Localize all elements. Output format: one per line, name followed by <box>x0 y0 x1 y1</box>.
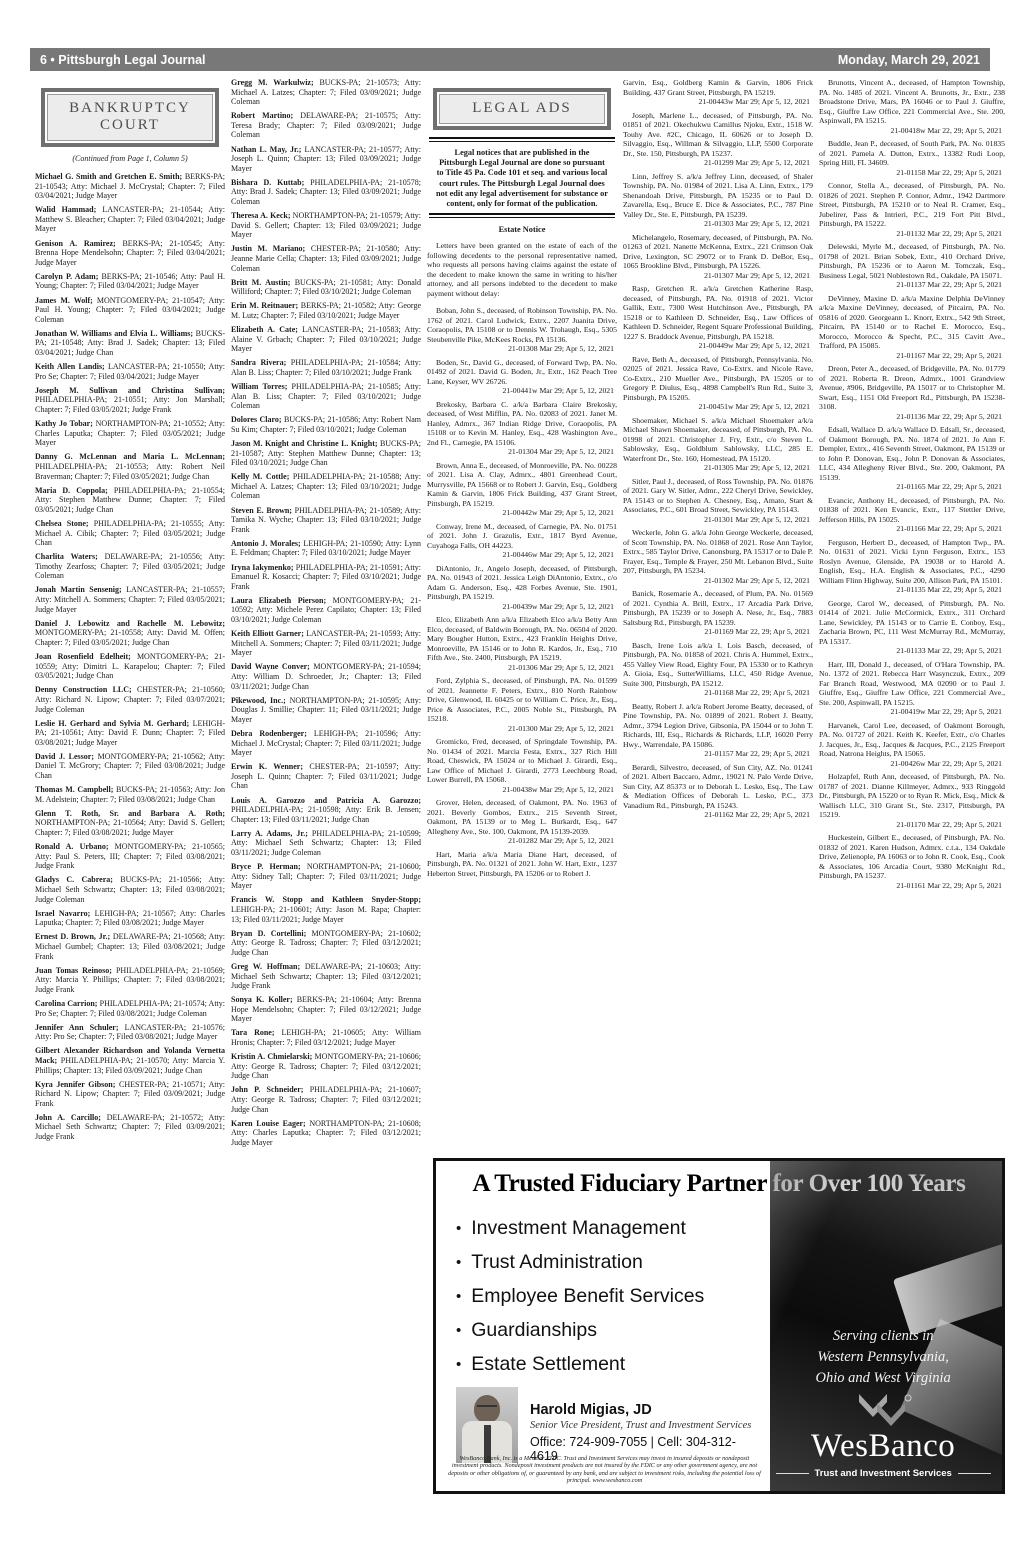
tagline-rule <box>776 1473 809 1474</box>
bullet-dot-icon: • <box>456 1357 461 1372</box>
estate-entry-text: DeVinney, Maxine D. a/k/a Maxine Delphia… <box>819 294 1005 351</box>
estate-entry: Sitler, Paul J., deceased, of Ross Towns… <box>623 477 813 525</box>
bankruptcy-entry: Glenn T. Roth, Sr. and Barbara A. Roth; … <box>35 809 225 838</box>
ad-service-item: •Guardianships <box>456 1319 760 1342</box>
estate-entry: Brunotts, Vincent A., deceased, of Hampt… <box>819 78 1005 136</box>
bankruptcy-entry: Jason M. Knight and Christine L. Knight;… <box>231 439 421 468</box>
estate-entry-text: Holzapfel, Ruth Ann, deceased, of Pittsb… <box>819 772 1005 820</box>
estate-entry-citation: 21-00419w Mar 22, 29; Apr 5, 2021 <box>819 707 1005 717</box>
estate-entry-text: Conway, Irene M., deceased, of Carnegie,… <box>427 522 617 551</box>
bankruptcy-entry: Israel Navarro; LEHIGH-PA; 21-10567; Att… <box>35 909 225 928</box>
bankruptcy-entry: James M. Wolf; MONTGOMERY-PA; 21-10547; … <box>35 296 225 325</box>
estate-entry-text: Michelangelo, Rosemary, deceased, of Pit… <box>623 233 813 271</box>
bullet-dot-icon: • <box>456 1323 461 1338</box>
estate-entry-citation: 21-00446w Mar 29; Apr 5, 12, 2021 <box>427 550 617 560</box>
estate-entry: Ford, Zylphia S., deceased, of Pittsburg… <box>427 676 617 734</box>
bankruptcy-entry: Dolores Claro; BUCKS-PA; 21-10586; Atty:… <box>231 415 421 434</box>
estate-entry-text: Banick, Rosemarie A., deceased, of Plum,… <box>623 589 813 627</box>
estate-entry-citation: 21-01301 Mar 29; Apr 5, 12, 2021 <box>623 515 813 525</box>
legal-ads-title: LEGAL ADS <box>439 94 605 124</box>
wesbanco-advertisement: A Trusted Fiduciary Partner for Over 100… <box>433 1158 1005 1494</box>
bankruptcy-entry: Charlita Waters; DELAWARE-PA; 21-10556; … <box>35 552 225 581</box>
bankruptcy-entry: Gladys C. Cabrera; BUCKS-PA; 21-10566; A… <box>35 875 225 904</box>
bankruptcy-entry: Bryan D. Cortellini; MONTGOMERY-PA; 21-1… <box>231 929 421 958</box>
estate-entry: Rave, Beth A., deceased, of Pittsburgh, … <box>623 355 813 413</box>
estate-entry: Harvanek, Carol Lee, deceased, of Oakmon… <box>819 721 1005 769</box>
bankruptcy-entry: Tara Rone; LEHIGH-PA; 21-10605; Atty: Wi… <box>231 1028 421 1047</box>
estate-entry-citation: 21-01299 Mar 29; Apr 5, 12, 2021 <box>623 158 813 168</box>
estate-entry: Evancic, Anthony H., deceased, of Pittsb… <box>819 496 1005 535</box>
bankruptcy-entry: Ronald A. Urbano; MONTGOMERY-PA; 21-1056… <box>35 842 225 871</box>
bankruptcy-entry: Kristin A. Chmielarski; MONTGOMERY-PA; 2… <box>231 1052 421 1081</box>
estate-entry: Garvin, Esq., Goldberg Kamin & Garvin, 1… <box>623 78 813 107</box>
estate-entry-citation: 21-00451w Mar 29; Apr 5, 12, 2021 <box>623 402 813 412</box>
estate-entry-text: Brekosky, Barbara C. a/k/a Barbara Clair… <box>427 400 617 448</box>
double-rule <box>429 137 615 142</box>
estate-entry-citation: 21-01305 Mar 29; Apr 5, 12, 2021 <box>623 463 813 473</box>
ad-service-item: •Employee Benefit Services <box>456 1285 760 1308</box>
estate-entry: Buddle, Jean P., deceased, of South Park… <box>819 139 1005 178</box>
estate-entry-text: Harvanek, Carol Lee, deceased, of Oakmon… <box>819 721 1005 759</box>
bankruptcy-entry: Robert Martino; DELAWARE-PA; 21-10575; A… <box>231 111 421 140</box>
bankruptcy-entry: Denny Construction LLC; CHESTER-PA; 21-1… <box>35 685 225 714</box>
estate-entry: Holzapfel, Ruth Ann, deceased, of Pittsb… <box>819 772 1005 830</box>
bankruptcy-entry: Louis A. Garozzo and Patricia A. Garozzo… <box>231 796 421 825</box>
estate-entry-citation: 21-01170 Mar 22, 29; Apr 5, 2021 <box>819 820 1005 830</box>
double-rule <box>429 213 615 218</box>
estate-entry-text: Delewski, Myrle M., deceased, of Pittsbu… <box>819 242 1005 280</box>
estate-entry: Weckerle, John G. a/k/a John George Weck… <box>623 528 813 586</box>
estate-entry: Grover, Helen, deceased, of Oakmont, PA.… <box>427 798 617 846</box>
bankruptcy-entry: Bishara D. Kuttab; PHILADELPHIA-PA; 21-1… <box>231 178 421 207</box>
estate-entry: Rasp, Gretchen R. a/k/a Gretchen Katheri… <box>623 284 813 351</box>
ad-services-list: •Investment Management•Trust Administrat… <box>456 1217 760 1376</box>
estate-entry-text: Hart, Maria a/k/a Maria Diane Hart, dece… <box>427 850 617 879</box>
photo-highlight <box>892 1230 1005 1337</box>
bankruptcy-court-header-box: BANKRUPTCY COURT <box>41 88 219 147</box>
bankruptcy-entry: Britt M. Austin; BUCKS-PA; 21-10581; Att… <box>231 278 421 297</box>
bankruptcy-entry: Keith Allen Landis; LANCASTER-PA; 21-105… <box>35 362 225 381</box>
estate-notice-heading: Estate Notice <box>427 225 617 234</box>
bankruptcy-entry: Sandra Rivera; PHILADELPHIA-PA; 21-10584… <box>231 358 421 377</box>
bankruptcy-entry: Gilbert Alexander Richardson and Yolanda… <box>35 1046 225 1075</box>
tagline-rule <box>958 1473 991 1474</box>
estate-entry-citation: 21-01132 Mar 22, 29; Apr 5, 2021 <box>819 229 1005 239</box>
estate-entry-citation: 21-01137 Mar 22, 29; Apr 5, 2021 <box>819 280 1005 290</box>
bankruptcy-entry: David Wayne Conver; MONTGOMERY-PA; 21-10… <box>231 662 421 691</box>
estate-entry: Banick, Rosemarie A., deceased, of Plum,… <box>623 589 813 637</box>
estate-entry: DeVinney, Maxine D. a/k/a Maxine Delphia… <box>819 294 1005 361</box>
bankruptcy-entry: Walid Hammad; LANCASTER-PA; 21-10544; At… <box>35 205 225 234</box>
column-5-estates: Brunotts, Vincent A., deceased, of Hampt… <box>819 78 1005 1152</box>
estate-entry-text: Dreon, Peter A., deceased, of Bridgevill… <box>819 364 1005 412</box>
ad-service-item: •Investment Management <box>456 1217 760 1240</box>
estate-entry-text: Rave, Beth A., deceased, of Pittsburgh, … <box>623 355 813 403</box>
estate-entry-text: DiAntonio, Jr., Angelo Joseph, deceased,… <box>427 564 617 602</box>
estate-entry-text: Sitler, Paul J., deceased, of Ross Towns… <box>623 477 813 515</box>
estate-notice-intro: Letters have been granted on the estate … <box>427 241 617 298</box>
contact-title: Senior Vice President, Trust and Investm… <box>530 1420 760 1431</box>
bankruptcy-entry: Kathy Jo Tobar; NORTHAMPTON-PA; 21-10552… <box>35 419 225 448</box>
estate-entry-text: Gromicko, Fred, deceased, of Springdale … <box>427 737 617 785</box>
legal-notice-statement: Legal notices that are published in the … <box>435 148 609 209</box>
bankruptcy-entry: Daniel J. Lebowitz and Rachelle M. Lebow… <box>35 619 225 648</box>
estate-entry-citation: 21-01308 Mar 29; Apr 5, 12, 2021 <box>427 344 617 354</box>
estate-entry: Shoemaker, Michael S. a/k/a Michael Shoe… <box>623 416 813 474</box>
estate-entry-citation: 21-01306 Mar 29; Apr 5, 12, 2021 <box>427 663 617 673</box>
bankruptcy-entry: Danny G. McLennan and Maria L. McLennan;… <box>35 452 225 481</box>
estate-entry: Ferguson, Herbert D., deceased, of Hampt… <box>819 538 1005 596</box>
bankruptcy-entry: Bryce P. Herman; NORTHAMPTON-PA; 21-1060… <box>231 862 421 891</box>
bankruptcy-entry: David J. Lessor; MONTGOMERY-PA; 21-10562… <box>35 752 225 781</box>
bankruptcy-entry: Maria D. Coppola; PHILADELPHIA-PA; 21-10… <box>35 486 225 515</box>
estate-entry-citation: 21-01303 Mar 29; Apr 5, 12, 2021 <box>623 219 813 229</box>
ad-disclaimer: WesBanco Bank, Inc. is a Member FDIC. Tr… <box>446 1455 763 1485</box>
column-1-bankruptcy: BANKRUPTCY COURT (Continued from Page 1,… <box>35 88 225 1500</box>
estate-entry-citation: 21-01168 Mar 22, 29; Apr 5, 2021 <box>623 688 813 698</box>
bankruptcy-entry: William Torres; PHILADELPHIA-PA; 21-1058… <box>231 382 421 411</box>
ad-serving-text: Serving clients in Western Pennsylvania,… <box>776 1326 991 1389</box>
estate-entry-citation: 21-01167 Mar 22, 29; Apr 5, 2021 <box>819 351 1005 361</box>
estate-entry-citation: 21-00438w Mar 29; Apr 5, 12, 2021 <box>427 785 617 795</box>
ad-headline: A Trusted Fiduciary Partner for Over 100… <box>436 1170 1002 1198</box>
estate-entry-text: Rasp, Gretchen R. a/k/a Gretchen Katheri… <box>623 284 813 341</box>
estate-entry-citation: 21-00426w Mar 22, 29; Apr 5, 2021 <box>819 759 1005 769</box>
bankruptcy-entry: John P. Schneider; PHILADELPHIA-PA; 21-1… <box>231 1085 421 1114</box>
bankruptcy-entry: Leslie H. Gerhard and Sylvia M. Gerhard;… <box>35 719 225 748</box>
wesbanco-wordmark: WesBanco <box>776 1430 991 1463</box>
estate-list-col5: Brunotts, Vincent A., deceased, of Hampt… <box>819 78 1005 891</box>
masthead-bar: 6 • Pittsburgh Legal Journal Monday, Mar… <box>30 48 990 71</box>
estate-entry-text: Buddle, Jean P., deceased, of South Park… <box>819 139 1005 168</box>
estate-entry-text: Ferguson, Herbert D., deceased, of Hampt… <box>819 538 1005 586</box>
estate-entry: Harr, III, Donald J., deceased, of O'Har… <box>819 660 1005 718</box>
bankruptcy-entry: Carolina Carrion; PHILADELPHIA-PA; 21-10… <box>35 999 225 1018</box>
legal-ads-header-box: LEGAL ADS <box>433 88 611 130</box>
estate-entry-citation: 21-01307 Mar 29; Apr 5, 12, 2021 <box>623 271 813 281</box>
bankruptcy-court-title: BANKRUPTCY COURT <box>47 94 213 141</box>
bankruptcy-entry: Steven E. Brown; PHILADELPHIA-PA; 21-105… <box>231 506 421 535</box>
newspaper-page: 6 • Pittsburgh Legal Journal Monday, Mar… <box>0 0 1020 1541</box>
estate-entry-text: Beatty, Robert J. a/k/a Robert Jerome Be… <box>623 702 813 750</box>
bullet-dot-icon: • <box>456 1255 461 1270</box>
estate-entry-citation: 21-00439w Mar 29; Apr 5, 12, 2021 <box>427 602 617 612</box>
wesbanco-logo-icon <box>851 1394 915 1428</box>
estate-entry-citation: 21-00442w Mar 29; Apr 5, 12, 2021 <box>427 508 617 518</box>
bankruptcy-entry: Iryna Iakymenko; PHILADELPHIA-PA; 21-105… <box>231 563 421 592</box>
estate-entry-citation: 21-01157 Mar 22, 29; Apr 5, 2021 <box>623 749 813 759</box>
wesbanco-tagline: Trust and Investment Services <box>776 1468 991 1479</box>
estate-entry-citation: 21-01302 Mar 29; Apr 5, 12, 2021 <box>623 576 813 586</box>
estate-list-col3: Boban, John S., deceased, of Robinson To… <box>427 306 617 878</box>
estate-entry-citation: 21-01135 Mar 22, 29; Apr 5, 2021 <box>819 585 1005 595</box>
estate-entry-text: Brunotts, Vincent A., deceased, of Hampt… <box>819 78 1005 126</box>
continued-from-note: (Continued from Page 1, Column 5) <box>35 154 225 163</box>
bankruptcy-entry: Kyra Jennifer Gibson; CHESTER-PA; 21-105… <box>35 1080 225 1109</box>
estate-entry-citation: 21-01169 Mar 22, 29; Apr 5, 2021 <box>623 627 813 637</box>
estate-entry-citation: 21-01166 Mar 22, 29; Apr 5, 2021 <box>819 524 1005 534</box>
estate-entry: Boban, John S., deceased, of Robinson To… <box>427 306 617 354</box>
bankruptcy-entry: Michael G. Smith and Gretchen E. Smith; … <box>35 172 225 201</box>
estate-entry-text: George, Carol W., deceased, of Pittsburg… <box>819 599 1005 647</box>
estate-entry-text: Huckestein, Gilbert E., deceased, of Pit… <box>819 833 1005 881</box>
bankruptcy-entry: Theresa A. Keck; NORTHAMPTON-PA; 21-1057… <box>231 211 421 240</box>
bullet-dot-icon: • <box>456 1221 461 1236</box>
contact-name: Harold Migias, JD <box>530 1402 760 1418</box>
estate-entry-citation: 21-00418w Mar 22, 29; Apr 5, 2021 <box>819 126 1005 136</box>
estate-entry-text: Grover, Helen, deceased, of Oakmont, PA.… <box>427 798 617 836</box>
estate-entry: George, Carol W., deceased, of Pittsburg… <box>819 599 1005 657</box>
estate-entry-citation: 21-00441w Mar 29; Apr 5, 12, 2021 <box>427 386 617 396</box>
bankruptcy-entry: Jonah Martin Sensenig; LANCASTER-PA; 21-… <box>35 585 225 614</box>
estate-entry-citation: 21-01161 Mar 22, 29; Apr 5, 2021 <box>819 881 1005 891</box>
bankruptcy-entry: John A. Carcillo; DELAWARE-PA; 21-10572;… <box>35 1113 225 1142</box>
bankruptcy-entry: Erwin K. Wenner; CHESTER-PA; 21-10597; A… <box>231 762 421 791</box>
estate-entry-citation: 21-01165 Mar 22, 29; Apr 5, 2021 <box>819 482 1005 492</box>
estate-entry-citation: 21-01162 Mar 22, 29; Apr 5, 2021 <box>623 810 813 820</box>
column-2-bankruptcy: Gregg M. Warkulwiz; BUCKS-PA; 21-10573; … <box>231 78 421 1500</box>
estate-entry-text: Linn, Jeffrey S. a/k/a Jeffrey Linn, dec… <box>623 172 813 220</box>
bankruptcy-entry: Gregg M. Warkulwiz; BUCKS-PA; 21-10573; … <box>231 78 421 107</box>
bankruptcy-entry: Jennifer Ann Schuler; LANCASTER-PA; 21-1… <box>35 1023 225 1042</box>
bankruptcy-entry: Kelly M. Cottle; PHILADELPHIA-PA; 21-105… <box>231 472 421 501</box>
estate-entry: Delewski, Myrle M., deceased, of Pittsbu… <box>819 242 1005 290</box>
bullet-dot-icon: • <box>456 1289 461 1304</box>
estate-entry-text: Edsall, Wallace D. a/k/a Wallace D. Edsa… <box>819 425 1005 482</box>
bankruptcy-entry: Keith Elliott Garner; LANCASTER-PA; 21-1… <box>231 629 421 658</box>
ad-service-item: •Estate Settlement <box>456 1353 760 1376</box>
ad-service-item: •Trust Administration <box>456 1251 760 1274</box>
ad-left-panel: •Investment Management•Trust Administrat… <box>436 1209 764 1491</box>
estate-entry: Edsall, Wallace D. a/k/a Wallace D. Edsa… <box>819 425 1005 492</box>
estate-entry-citation: 21-01136 Mar 22, 29; Apr 5, 2021 <box>819 412 1005 422</box>
bankruptcy-entry: Thomas M. Campbell; BUCKS-PA; 21-10563; … <box>35 785 225 804</box>
estate-entry: Elco, Elizabeth Ann a/k/a Elizabeth Elco… <box>427 615 617 673</box>
bankruptcy-entry: Karen Louise Eager; NORTHAMPTON-PA; 21-1… <box>231 1119 421 1148</box>
bankruptcy-entry: Carolyn P. Adam; BERKS-PA; 21-10546; Att… <box>35 272 225 291</box>
estate-entry: Berardi, Silvestro, deceased, of Sun Cit… <box>623 763 813 821</box>
estate-entry-citation: 21-01300 Mar 29; Apr 5, 12, 2021 <box>427 724 617 734</box>
estate-entry-citation: 21-00449w Mar 29; Apr 5, 12, 2021 <box>623 341 813 351</box>
estate-entry: Hart, Maria a/k/a Maria Diane Hart, dece… <box>427 850 617 879</box>
bankruptcy-entry: Joan Rosenfield Edelheit; MONTGOMERY-PA;… <box>35 652 225 681</box>
bankruptcy-entry: Greg W. Hoffman; DELAWARE-PA; 21-10603; … <box>231 962 421 991</box>
estate-entry: Michelangelo, Rosemary, deceased, of Pit… <box>623 233 813 281</box>
bankruptcy-entry: Jonathan W. Williams and Elvia L. Willia… <box>35 329 225 358</box>
estate-entry-citation: 21-01158 Mar 22, 29; Apr 5, 2021 <box>819 168 1005 178</box>
bankruptcy-entry: Larry A. Adams, Jr.; PHILADELPHIA-PA; 21… <box>231 829 421 858</box>
bankruptcy-entry: Sonya K. Koller; BERKS-PA; 21-10604; Att… <box>231 995 421 1024</box>
bankruptcy-entry: Pikewood, Inc.; NORTHAMPTON-PA; 21-10595… <box>231 696 421 725</box>
bankruptcy-entry: Ernest D. Brown, Jr.; DELAWARE-PA; 21-10… <box>35 932 225 961</box>
estate-entry: Joseph, Marlene L., deceased, of Pittsbu… <box>623 111 813 169</box>
bankruptcy-list-col1: Michael G. Smith and Gretchen E. Smith; … <box>35 172 225 1142</box>
estate-entry-citation: 21-01282 Mar 29; Apr 5, 12, 2021 <box>427 836 617 846</box>
estate-entry: Dreon, Peter A., deceased, of Bridgevill… <box>819 364 1005 422</box>
estate-entry: Gromicko, Fred, deceased, of Springdale … <box>427 737 617 795</box>
estate-entry-text: Berardi, Silvestro, deceased, of Sun Cit… <box>623 763 813 811</box>
estate-entry: Huckestein, Gilbert E., deceased, of Pit… <box>819 833 1005 891</box>
estate-entry-text: Evancic, Anthony H., deceased, of Pittsb… <box>819 496 1005 525</box>
estate-entry: Conway, Irene M., deceased, of Carnegie,… <box>427 522 617 561</box>
bankruptcy-entry: Elizabeth A. Cate; LANCASTER-PA; 21-1058… <box>231 325 421 354</box>
estate-entry-text: Harr, III, Donald J., deceased, of O'Har… <box>819 660 1005 708</box>
portrait-glasses <box>477 1405 497 1412</box>
estate-entry-text: Brown, Anna E., deceased, of Monroeville… <box>427 461 617 509</box>
estate-entry-text: Elco, Elizabeth Ann a/k/a Elizabeth Elco… <box>427 615 617 663</box>
bankruptcy-entry: Antonio J. Morales; LEHIGH-PA; 21-10590;… <box>231 539 421 558</box>
estate-list-col4: Garvin, Esq., Goldberg Kamin & Garvin, 1… <box>623 78 813 820</box>
bankruptcy-entry: Laura Elizabeth Pierson; MONTGOMERY-PA; … <box>231 596 421 625</box>
bankruptcy-entry: Genison A. Ramirez; BERKS-PA; 21-10545; … <box>35 239 225 268</box>
estate-entry: Brekosky, Barbara C. a/k/a Barbara Clair… <box>427 400 617 458</box>
estate-entry: Connor, Stella A., deceased, of Pittsbur… <box>819 181 1005 239</box>
estate-entry-text: Connor, Stella A., deceased, of Pittsbur… <box>819 181 1005 229</box>
ad-contact-block: Harold Migias, JD Senior Vice President,… <box>456 1387 760 1463</box>
column-3-legal-ads: LEGAL ADS Legal notices that are publish… <box>427 88 617 1152</box>
estate-entry: Basch, Irene Lois a/k/a I. Lois Basch, d… <box>623 641 813 699</box>
bankruptcy-entry: Francis W. Stopp and Kathleen Snyder-Sto… <box>231 895 421 924</box>
estate-entry-text: Shoemaker, Michael S. a/k/a Michael Shoe… <box>623 416 813 464</box>
bankruptcy-entry: Justin M. Mariano; CHESTER-PA; 21-10580;… <box>231 244 421 273</box>
estate-entry-citation: 21-01133 Mar 22, 29; Apr 5, 2021 <box>819 646 1005 656</box>
estate-entry: Linn, Jeffrey S. a/k/a Jeffrey Linn, dec… <box>623 172 813 230</box>
estate-entry-citation: 21-01304 Mar 29; Apr 5, 12, 2021 <box>427 447 617 457</box>
wesbanco-brand-block: WesBanco Trust and Investment Services <box>776 1394 991 1479</box>
bankruptcy-list-col2: Gregg M. Warkulwiz; BUCKS-PA; 21-10573; … <box>231 78 421 1148</box>
estate-entry: Beatty, Robert J. a/k/a Robert Jerome Be… <box>623 702 813 760</box>
estate-entry: Brown, Anna E., deceased, of Monroeville… <box>427 461 617 519</box>
estate-entry-text: Joseph, Marlene L., deceased, of Pittsbu… <box>623 111 813 159</box>
bankruptcy-entry: Erin M. Reitnauer; BERKS-PA; 21-10582; A… <box>231 301 421 320</box>
column-4-estates: Garvin, Esq., Goldberg Kamin & Garvin, 1… <box>623 78 813 1152</box>
estate-entry-text: Garvin, Esq., Goldberg Kamin & Garvin, 1… <box>623 78 813 97</box>
estate-entry-text: Basch, Irene Lois a/k/a I. Lois Basch, d… <box>623 641 813 689</box>
bankruptcy-entry: Debra Rodenberger; LEHIGH-PA; 21-10596; … <box>231 729 421 758</box>
estate-entry-text: Boden, Sr., David G., deceased, of Forwa… <box>427 358 617 387</box>
estate-entry-text: Ford, Zylphia S., deceased, of Pittsburg… <box>427 676 617 724</box>
bankruptcy-entry: Joseph M. Sullivan and Christina Sulliva… <box>35 386 225 415</box>
estate-entry-text: Boban, John S., deceased, of Robinson To… <box>427 306 617 344</box>
harold-migias-portrait <box>456 1387 518 1463</box>
bankruptcy-entry: Nathan L. May, Jr.; LANCASTER-PA; 21-105… <box>231 145 421 174</box>
estate-entry: Boden, Sr., David G., deceased, of Forwa… <box>427 358 617 397</box>
estate-entry-text: Weckerle, John G. a/k/a John George Weck… <box>623 528 813 576</box>
page-number-title: 6 • Pittsburgh Legal Journal <box>40 53 206 67</box>
bankruptcy-entry: Chelsea Stone; PHILADELPHIA-PA; 21-10555… <box>35 519 225 548</box>
estate-entry: DiAntonio, Jr., Angelo Joseph, deceased,… <box>427 564 617 612</box>
issue-date: Monday, March 29, 2021 <box>838 53 980 67</box>
estate-entry-citation: 21-00443w Mar 29; Apr 5, 12, 2021 <box>623 97 813 107</box>
bankruptcy-entry: Juan Tomas Reinoso; PHILADELPHIA-PA; 21-… <box>35 966 225 995</box>
